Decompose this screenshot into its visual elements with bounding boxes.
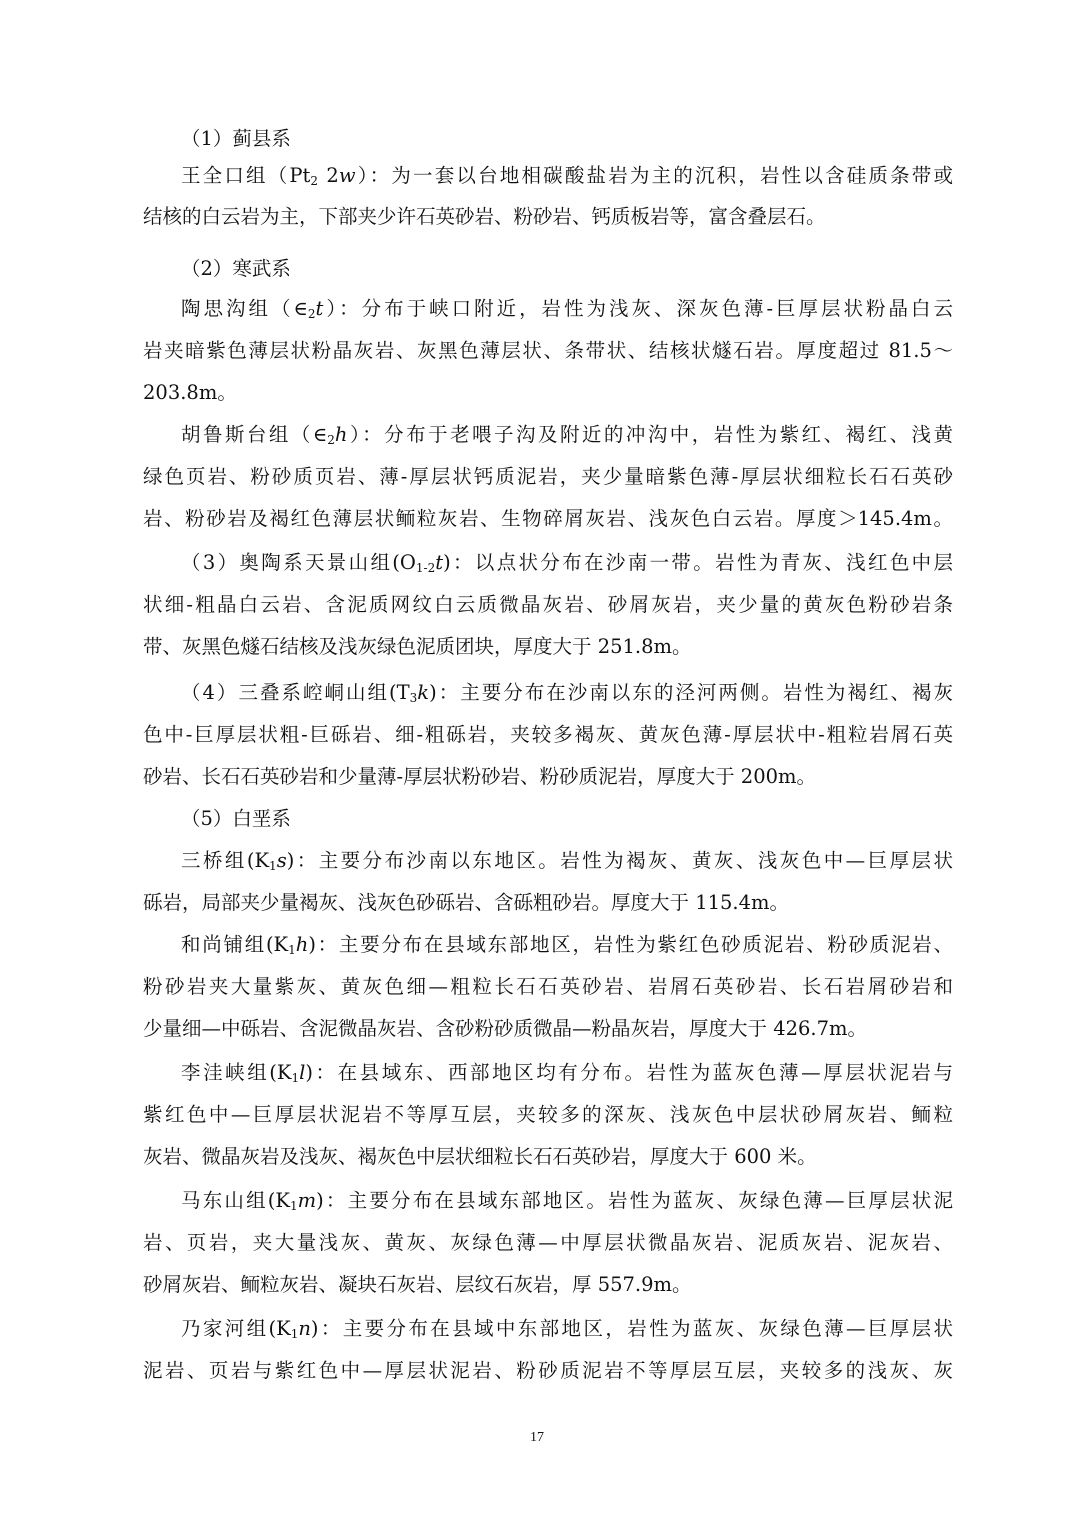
text-line: 绿色页岩、粉砂质页岩、薄-厚层状钙质泥岩，夹少量暗紫色薄-厚层状细粒长石石英砂 bbox=[143, 460, 953, 494]
text-line: （4）三叠系崆峒山组(T3k)：主要分布在沙南以东的泾河两侧。岩性为褐红、褐灰 bbox=[181, 676, 953, 710]
text-line: 马东山组(K1m)：主要分布在县域东部地区。岩性为蓝灰、灰绿色薄—巨厚层状泥 bbox=[181, 1184, 953, 1218]
text-line: 砾岩，局部夹少量褐灰、浅灰色砂砾岩、含砾粗砂岩。厚度大于 115.4m。 bbox=[143, 886, 953, 920]
text-line: 乃家河组(K1n)：主要分布在县域中东部地区，岩性为蓝灰、灰绿色薄—巨厚层状 bbox=[181, 1312, 953, 1346]
text-line: 砂岩、长石石英砂岩和少量薄-厚层状粉砂岩、粉砂质泥岩，厚度大于 200m。 bbox=[143, 760, 953, 794]
text-line: 岩、粉砂岩及褐红色薄层状鲕粒灰岩、生物碎屑灰岩、浅灰色白云岩。厚度＞145.4m… bbox=[143, 502, 953, 536]
text-line: 李洼峡组(K1l)：在县域东、西部地区均有分布。岩性为蓝灰色薄—厚层状泥岩与 bbox=[181, 1056, 953, 1090]
text-line: 岩夹暗紫色薄层状粉晶灰岩、灰黑色薄层状、条带状、结核状燧石岩。厚度超过 81.5… bbox=[143, 334, 953, 368]
text-line: 陶思沟组（∈2t）：分布于峡口附近，岩性为浅灰、深灰色薄-巨厚层状粉晶白云 bbox=[181, 292, 953, 326]
text-line: 灰岩、微晶灰岩及浅灰、褐灰色中层状细粒长石石英砂岩，厚度大于 600 米。 bbox=[143, 1140, 953, 1174]
text-line: 带、灰黑色燧石结核及浅灰绿色泥质团块，厚度大于 251.8m。 bbox=[143, 630, 953, 664]
text-line: 粉砂岩夹大量紫灰、黄灰色细—粗粒长石石英砂岩、岩屑石英砂岩、长石岩屑砂岩和 bbox=[143, 970, 953, 1004]
text-line: 和尚铺组(K1h)：主要分布在县域东部地区，岩性为紫红色砂质泥岩、粉砂质泥岩、 bbox=[181, 928, 953, 962]
section-heading: （5）白垩系 bbox=[181, 802, 953, 836]
text-line: 三桥组(K1s)：主要分布沙南以东地区。岩性为褐灰、黄灰、浅灰色中—巨厚层状 bbox=[181, 844, 953, 878]
section-heading: （2）寒武系 bbox=[181, 252, 953, 286]
text-line: 紫红色中—巨厚层状泥岩不等厚互层，夹较多的深灰、浅灰色中层状砂屑灰岩、鲕粒 bbox=[143, 1098, 953, 1132]
text-line: 色中-巨厚层状粗-巨砾岩、细-粗砾岩，夹较多褐灰、黄灰色薄-厚层状中-粗粒岩屑石… bbox=[143, 718, 953, 752]
text-line: 岩、页岩，夹大量浅灰、黄灰、灰绿色薄—中厚层状微晶灰岩、泥质灰岩、泥灰岩、 bbox=[143, 1226, 953, 1260]
text-line: 少量细—中砾岩、含泥微晶灰岩、含砂粉砂质微晶—粉晶灰岩，厚度大于 426.7m。 bbox=[143, 1012, 953, 1046]
text-line: （3）奥陶系天景山组(O1-2t)：以点状分布在沙南一带。岩性为青灰、浅红色中层 bbox=[181, 546, 953, 580]
section-heading: （1）蓟县系 bbox=[181, 122, 953, 156]
text-line: 203.8m。 bbox=[143, 376, 953, 410]
text-line: 王全口组（Pt2 2w）：为一套以台地相碳酸盐岩为主的沉积，岩性以含硅质条带或 bbox=[181, 159, 953, 193]
text-line: 结核的白云岩为主，下部夹少许石英砂岩、粉砂岩、钙质板岩等，富含叠层石。 bbox=[143, 200, 953, 234]
page-number: 17 bbox=[0, 1430, 1074, 1446]
text-line: 状细-粗晶白云岩、含泥质网纹白云质微晶灰岩、砂屑灰岩，夹少量的黄灰色粉砂岩条 bbox=[143, 588, 953, 622]
text-line: 泥岩、页岩与紫红色中—厚层状泥岩、粉砂质泥岩不等厚层互层，夹较多的浅灰、灰 bbox=[143, 1354, 953, 1388]
text-line: 胡鲁斯台组（∈2h）：分布于老喂子沟及附近的冲沟中，岩性为紫红、褐红、浅黄 bbox=[181, 418, 953, 452]
text-line: 砂屑灰岩、鲕粒灰岩、凝块石灰岩、层纹石灰岩，厚 557.9m。 bbox=[143, 1268, 953, 1302]
